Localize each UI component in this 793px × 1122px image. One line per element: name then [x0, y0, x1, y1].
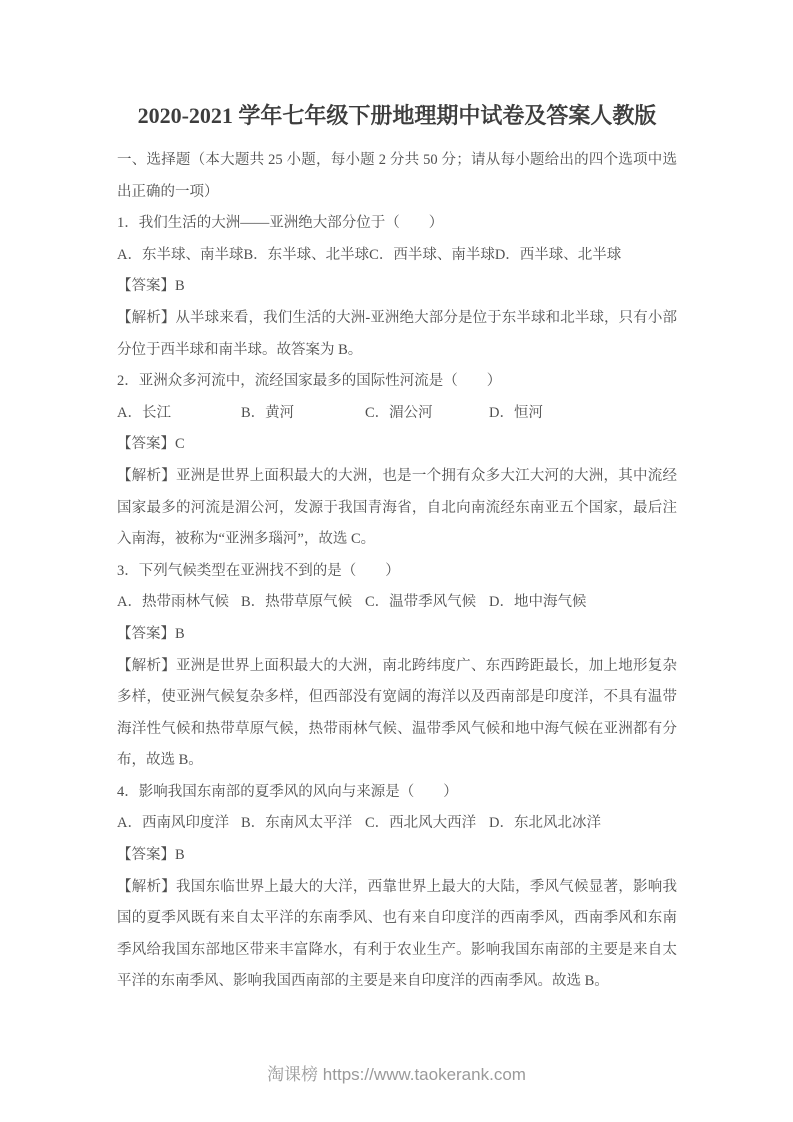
answer-line: 【答案】C	[117, 429, 677, 461]
option-d: D．地中海气候	[489, 587, 586, 619]
option-c: C．西北风大西洋	[365, 808, 489, 840]
analysis-text: 【解析】从半球来看，我们生活的大洲-亚洲绝大部分是位于东半球和北半球，只有小部分…	[117, 303, 677, 366]
question-stem: 1．我们生活的大洲——亚洲绝大部分位于（ ）	[117, 208, 677, 240]
option-a: A．热带雨林气候	[117, 587, 241, 619]
option-a: A．长江	[117, 398, 241, 430]
question-stem: 3．下列气候类型在亚洲找不到的是（ ）	[117, 556, 677, 588]
answer-line: 【答案】B	[117, 271, 677, 303]
question-options: A．热带雨林气候 B．热带草原气候 C．温带季风气候 D．地中海气候	[117, 587, 677, 619]
question-stem: 4．影响我国东南部的夏季风的风向与来源是（ ）	[117, 777, 677, 809]
option-d: D．恒河	[489, 398, 543, 430]
page-title: 2020-2021 学年七年级下册地理期中试卷及答案人教版	[117, 100, 677, 132]
footer-site-name: 淘课榜	[267, 1065, 318, 1084]
option-b: B．黄河	[241, 398, 365, 430]
option-b: B．东南风太平洋	[241, 808, 365, 840]
answer-line: 【答案】B	[117, 619, 677, 651]
question-options: A．西南风印度洋 B．东南风太平洋 C．西北风大西洋 D．东北风北冰洋	[117, 808, 677, 840]
analysis-text: 【解析】我国东临世界上最大的大洋，西靠世界上最大的大陆，季风气候显著，影响我国的…	[117, 872, 677, 998]
option-c: C．湄公河	[365, 398, 489, 430]
question-block-3: 3．下列气候类型在亚洲找不到的是（ ） A．热带雨林气候 B．热带草原气候 C．…	[117, 556, 677, 777]
document-page: 2020-2021 学年七年级下册地理期中试卷及答案人教版 一、选择题（本大题共…	[117, 0, 677, 998]
answer-line: 【答案】B	[117, 840, 677, 872]
option-b: B．热带草原气候	[241, 587, 365, 619]
option-d: D．东北风北冰洋	[489, 808, 601, 840]
option-a: A．西南风印度洋	[117, 808, 241, 840]
question-options: A．东半球、南半球 B．东半球、北半球 C．西半球、南半球 D．西半球、北半球	[117, 240, 677, 272]
page-footer: 淘课榜 https://www.taokerank.com	[0, 1062, 793, 1088]
option-a: A．东半球、南半球	[117, 240, 243, 272]
analysis-text: 【解析】亚洲是世界上面积最大的大洲，也是一个拥有众多大江大河的大洲，其中流经国家…	[117, 461, 677, 556]
question-block-1: 1．我们生活的大洲——亚洲绝大部分位于（ ） A．东半球、南半球 B．东半球、北…	[117, 208, 677, 366]
option-c: C．温带季风气候	[365, 587, 489, 619]
footer-url-link[interactable]: https://www.taokerank.com	[323, 1065, 526, 1084]
question-block-2: 2．亚洲众多河流中，流经国家最多的国际性河流是（ ） A．长江 B．黄河 C．湄…	[117, 366, 677, 556]
option-c: C．西半球、南半球	[369, 240, 495, 272]
question-stem: 2．亚洲众多河流中，流经国家最多的国际性河流是（ ）	[117, 366, 677, 398]
option-d: D．西半球、北半球	[495, 240, 621, 272]
analysis-text: 【解析】亚洲是世界上面积最大的大洲，南北跨纬度广、东西跨距最长，加上地形复杂多样…	[117, 651, 677, 777]
option-b: B．东半球、北半球	[243, 240, 369, 272]
question-block-4: 4．影响我国东南部的夏季风的风向与来源是（ ） A．西南风印度洋 B．东南风太平…	[117, 777, 677, 998]
section-heading: 一、选择题（本大题共 25 小题，每小题 2 分共 50 分；请从每小题给出的四…	[117, 145, 677, 208]
question-options: A．长江 B．黄河 C．湄公河 D．恒河	[117, 398, 677, 430]
